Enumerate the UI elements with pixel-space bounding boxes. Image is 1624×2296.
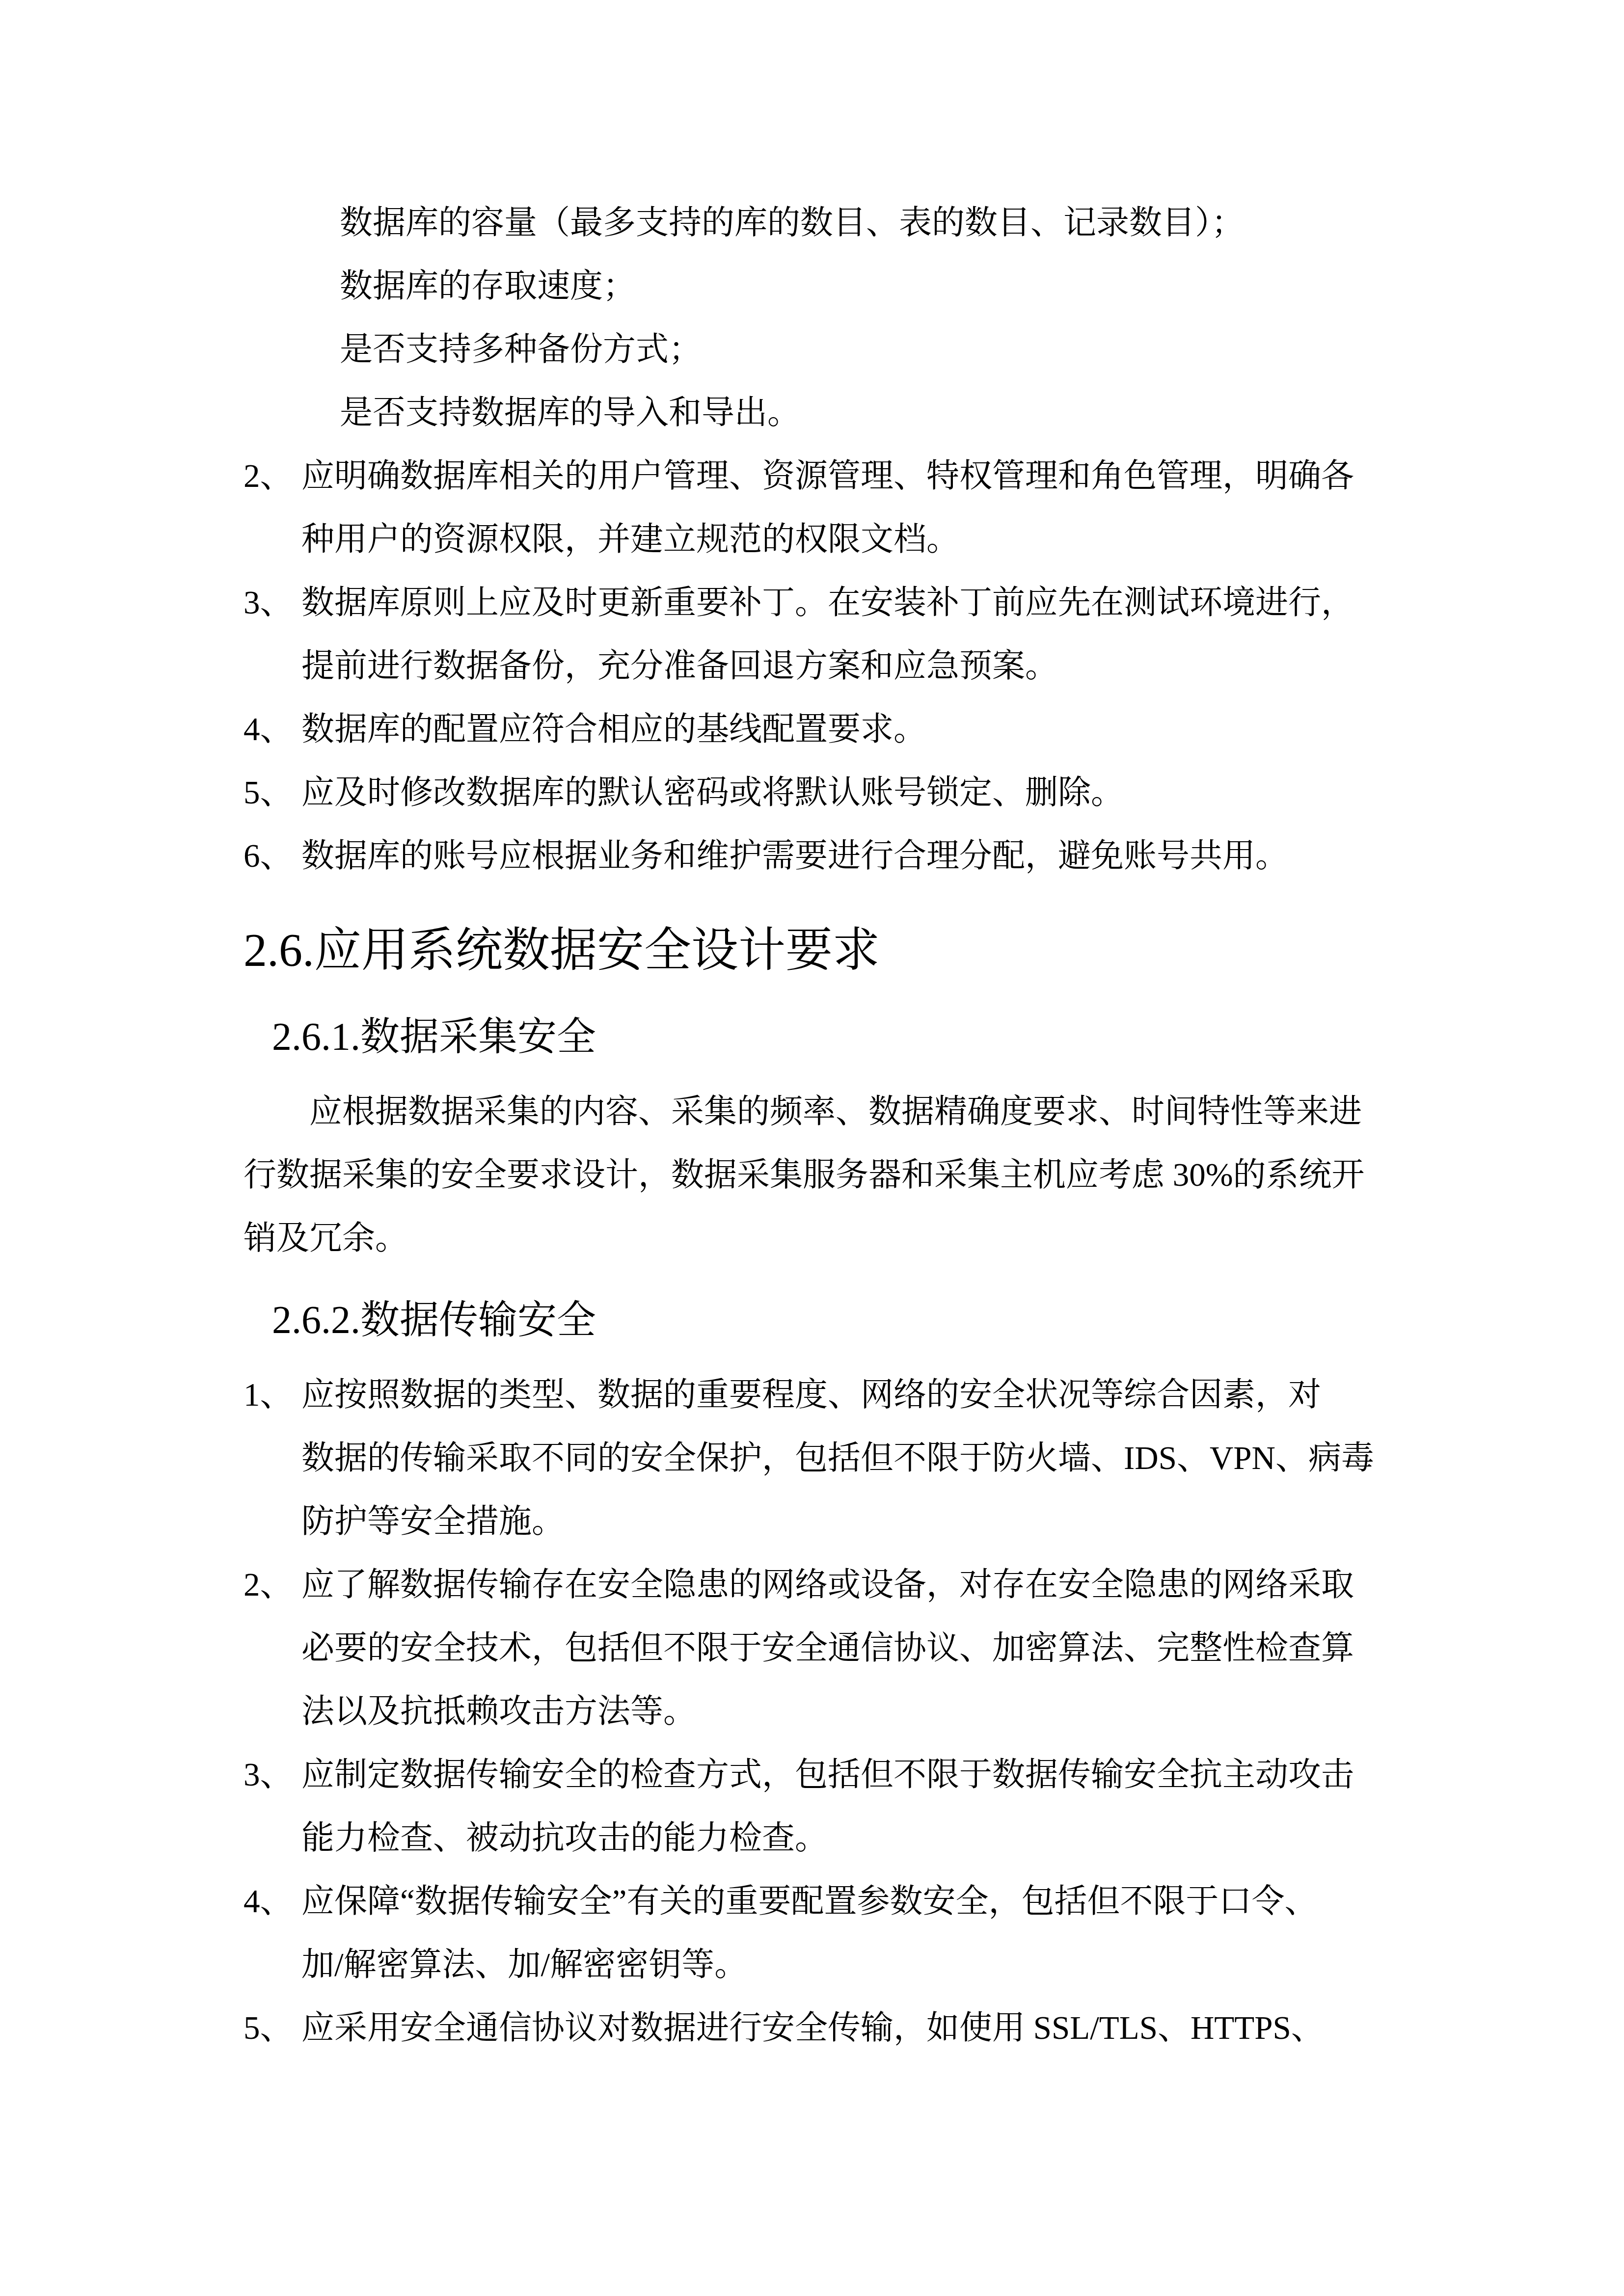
section-heading-2-6: 2.6.应用系统数据安全设计要求 bbox=[244, 913, 1379, 987]
list-item-text: 应按照数据的类型、数据的重要程度、网络的安全状况等综合因素，对 数据的传输采取不… bbox=[301, 1363, 1379, 1553]
list-item-text: 数据库的配置应符合相应的基线配置要求。 bbox=[301, 698, 1379, 761]
list-item: 数据库的容量（最多支持的库的数目、表的数目、记录数目）； bbox=[340, 191, 1379, 255]
list-item-text: 数据库原则上应及时更新重要补丁。在安装补丁前应先在测试环境进行， 提前进行数据备… bbox=[301, 571, 1379, 698]
subsection-heading-2-6-1: 2.6.1.数据采集安全 bbox=[244, 1005, 1379, 1069]
list-item: 4、 应保障“数据传输安全”有关的重要配置参数安全，包括但不限于口令、 加/解密… bbox=[244, 1870, 1379, 1997]
data-collection-paragraph: 应根据数据采集的内容、采集的频率、数据精确度要求、时间特性等来进 行数据采集的安… bbox=[244, 1080, 1379, 1270]
list-item: 2、 应了解数据传输存在安全隐患的网络或设备，对存在安全隐患的网络采取 必要的安… bbox=[244, 1553, 1379, 1743]
list-item-text: 应采用安全通信协议对数据进行安全传输，如使用 SSL/TLS、HTTPS、 bbox=[301, 1997, 1379, 2060]
document-page: 数据库的容量（最多支持的库的数目、表的数目、记录数目）； 数据库的存取速度； 是… bbox=[0, 0, 1624, 2296]
db-security-list: 2、 应明确数据库相关的用户管理、资源管理、特权管理和角色管理，明确各 种用户的… bbox=[244, 445, 1379, 888]
list-item-text: 应及时修改数据库的默认密码或将默认账号锁定、删除。 bbox=[301, 761, 1379, 825]
list-item: 数据库的存取速度； bbox=[340, 255, 1379, 318]
list-item-text: 应制定数据传输安全的检查方式，包括但不限于数据传输安全抗主动攻击 能力检查、被动… bbox=[301, 1743, 1379, 1870]
list-item-number: 5、 bbox=[244, 761, 301, 825]
list-item: 6、 数据库的账号应根据业务和维护需要进行合理分配，避免账号共用。 bbox=[244, 825, 1379, 888]
list-item-number: 5、 bbox=[244, 1997, 301, 2060]
list-item: 4、 数据库的配置应符合相应的基线配置要求。 bbox=[244, 698, 1379, 761]
list-item-text: 数据库的账号应根据业务和维护需要进行合理分配，避免账号共用。 bbox=[301, 825, 1379, 888]
list-item: 1、 应按照数据的类型、数据的重要程度、网络的安全状况等综合因素，对 数据的传输… bbox=[244, 1363, 1379, 1553]
list-item: 是否支持多种备份方式； bbox=[340, 318, 1379, 381]
data-transmission-list: 1、 应按照数据的类型、数据的重要程度、网络的安全状况等综合因素，对 数据的传输… bbox=[244, 1363, 1379, 2060]
list-item-number: 4、 bbox=[244, 1870, 301, 1933]
list-item-text: 应保障“数据传输安全”有关的重要配置参数安全，包括但不限于口令、 加/解密算法、… bbox=[301, 1870, 1379, 1997]
list-item-number: 1、 bbox=[244, 1363, 301, 1427]
list-item: 5、 应采用安全通信协议对数据进行安全传输，如使用 SSL/TLS、HTTPS、 bbox=[244, 1997, 1379, 2060]
subsection-heading-2-6-2: 2.6.2.数据传输安全 bbox=[244, 1288, 1379, 1353]
list-item-number: 3、 bbox=[244, 1743, 301, 1807]
list-item-number: 6、 bbox=[244, 825, 301, 888]
list-item-number: 2、 bbox=[244, 445, 301, 508]
list-item-number: 3、 bbox=[244, 571, 301, 635]
list-item: 3、 应制定数据传输安全的检查方式，包括但不限于数据传输安全抗主动攻击 能力检查… bbox=[244, 1743, 1379, 1870]
list-item-number: 2、 bbox=[244, 1553, 301, 1617]
list-item: 3、 数据库原则上应及时更新重要补丁。在安装补丁前应先在测试环境进行， 提前进行… bbox=[244, 571, 1379, 698]
list-item: 是否支持数据库的导入和导出。 bbox=[340, 381, 1379, 445]
list-item: 2、 应明确数据库相关的用户管理、资源管理、特权管理和角色管理，明确各 种用户的… bbox=[244, 445, 1379, 571]
list-item-text: 应了解数据传输存在安全隐患的网络或设备，对存在安全隐患的网络采取 必要的安全技术… bbox=[301, 1553, 1379, 1743]
list-item-text: 应明确数据库相关的用户管理、资源管理、特权管理和角色管理，明确各 种用户的资源权… bbox=[301, 445, 1379, 571]
list-item-number: 4、 bbox=[244, 698, 301, 761]
list-item: 5、 应及时修改数据库的默认密码或将默认账号锁定、删除。 bbox=[244, 761, 1379, 825]
db-capability-list: 数据库的容量（最多支持的库的数目、表的数目、记录数目）； 数据库的存取速度； 是… bbox=[244, 191, 1379, 445]
